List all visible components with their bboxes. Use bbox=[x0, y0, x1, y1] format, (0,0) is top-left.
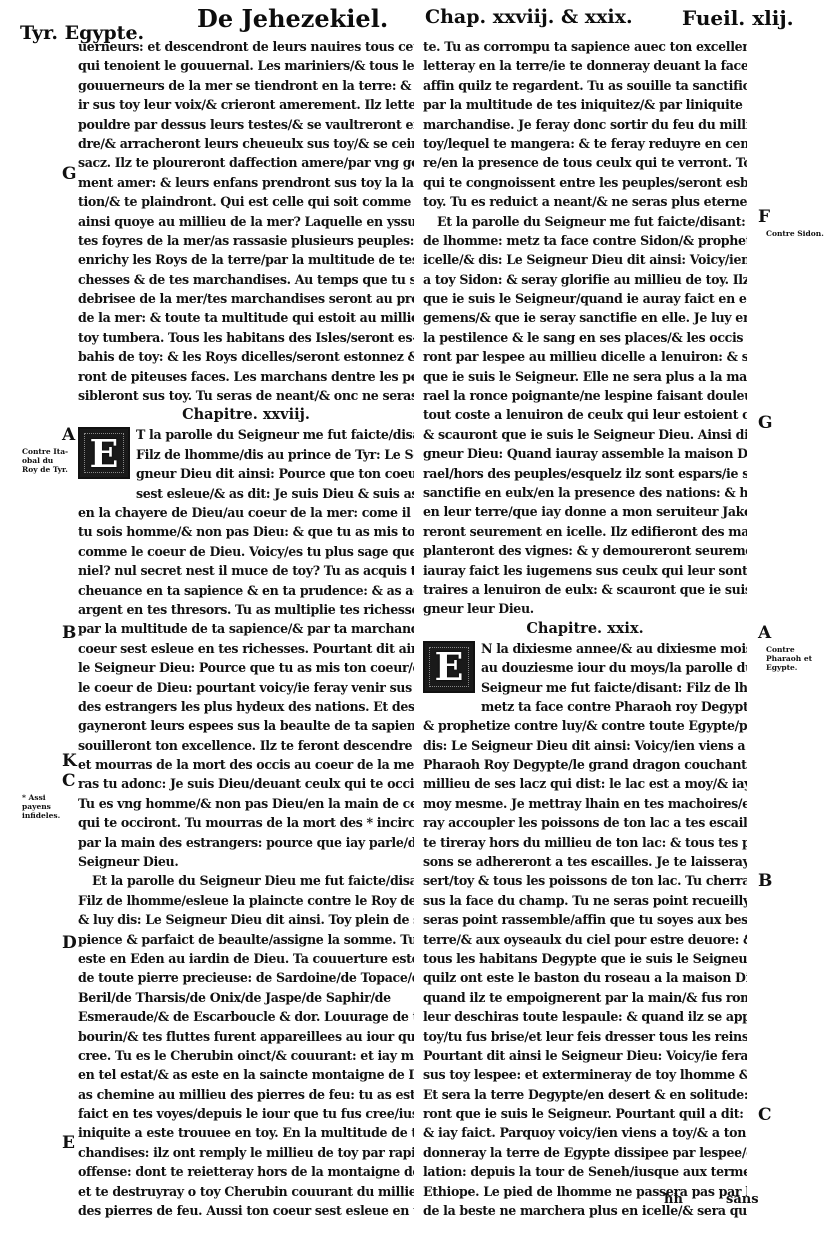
text-line: terre/& aux oyseaulx du ciel pour estre … bbox=[423, 930, 747, 949]
text-line: toy. Tu es reduict a neant/& ne seras pl… bbox=[423, 192, 747, 211]
text-line: sest esleue/& as dit: Je suis Dieu & sui… bbox=[78, 484, 414, 503]
text-line: Et sera la terre Degypte/en desert & en … bbox=[423, 1085, 747, 1104]
margin-section-letter: F bbox=[758, 207, 770, 227]
text-line: tes foyres de la mer/as rassasie plusieu… bbox=[78, 231, 414, 250]
text-line: rael la ronce poignante/ne lespine faisa… bbox=[423, 386, 747, 405]
text-line: dre/& arracheront leurs cheueulx sus toy… bbox=[78, 134, 414, 153]
margin-section-letter: A bbox=[62, 425, 75, 445]
text-line: re/en la presence de tous ceulx qui te v… bbox=[423, 153, 747, 172]
ornamental-initial: E bbox=[78, 427, 130, 479]
text-line: des pierres de feu. Aussi ton coeur sest… bbox=[78, 1201, 414, 1220]
text-line: ainsi quoye au millieu de la mer? Laquel… bbox=[78, 212, 414, 231]
text-line: moy mesme. Je mettray lhain en tes macho… bbox=[423, 794, 747, 813]
catchword: sans bbox=[726, 1192, 759, 1207]
text-line: par la multitude de tes iniquitez/& par … bbox=[423, 95, 747, 114]
text-line: offense: dont te reietteray hors de la m… bbox=[78, 1162, 414, 1181]
ornamental-initial: E bbox=[423, 641, 475, 693]
text-line: cheuance en ta sapience & en ta prudence… bbox=[78, 581, 414, 600]
signature-mark: hh bbox=[664, 1192, 683, 1207]
text-line: dis: Le Seigneur Dieu dit ainsi: Voicy/i… bbox=[423, 736, 747, 755]
margin-gloss: * Assi payens infideles. bbox=[22, 793, 70, 820]
text-line: te. Tu as corrompu ta sapience auec ton … bbox=[423, 37, 747, 56]
text-line: quand ilz te empoignerent par la main/& … bbox=[423, 988, 747, 1007]
text-line: sanctifie en eulx/en la presence des nat… bbox=[423, 483, 747, 502]
text-line: des estrangers les plus hydeux des natio… bbox=[78, 697, 414, 716]
text-line: as chemine au millieu des pierres de feu… bbox=[78, 1085, 414, 1104]
text-line: metz ta face contre Pharaoh roy Degypte: bbox=[423, 697, 747, 716]
text-line: comme le coeur de Dieu. Voicy/es tu plus… bbox=[78, 542, 414, 561]
text-line: gayneront leurs espees sus la beaulte de… bbox=[78, 716, 414, 735]
text-line: Tu es vng homme/& non pas Dieu/en la mai… bbox=[78, 794, 414, 813]
text-line: ront par lespee au millieu dicelle a len… bbox=[423, 347, 747, 366]
margin-gloss: Contre Pharaoh et Egypte. bbox=[766, 645, 826, 672]
margin-gloss: Contre Ita-obal du Roy de Tyr. bbox=[22, 447, 70, 474]
text-line: chandises: ilz ont remply le millieu de … bbox=[78, 1143, 414, 1162]
text-line: letteray en la terre/ie te donneray deua… bbox=[423, 56, 747, 75]
text-line: sons se adhereront a tes escailles. Je t… bbox=[423, 852, 747, 871]
left-bottom-paragraph: Et la parolle du Seigneur Dieu me fut fa… bbox=[78, 871, 414, 1220]
text-line: argent en tes thresors. Tu as multiplie … bbox=[78, 600, 414, 619]
text-line: gemens/& que ie seray sanctifie en elle.… bbox=[423, 308, 747, 327]
text-line: gneur leur Dieu. bbox=[423, 599, 747, 618]
text-line: Ethiope. Le pied de lhomme ne passera pa… bbox=[423, 1182, 747, 1201]
text-line: qui te occiront. Tu mourras de la mort d… bbox=[78, 813, 414, 832]
text-line: et mourras de la mort des occis au coeur… bbox=[78, 755, 414, 774]
text-line: leur deschiras toute lespaule: & quand i… bbox=[423, 1007, 747, 1026]
text-line: toy tumbera. Tous les habitans des Isles… bbox=[78, 328, 414, 347]
book-title: De Jehezekiel. bbox=[197, 4, 388, 33]
left-top-paragraph: uerneurs: et descendront de leurs nauire… bbox=[78, 37, 414, 405]
text-line: sus toy lespee: et extermineray de toy l… bbox=[423, 1065, 747, 1084]
text-line: qui te congnoissent entre les peuples/se… bbox=[423, 173, 747, 192]
text-line: & scauront que ie suis le Seigneur Dieu.… bbox=[423, 425, 747, 444]
margin-section-letter: A bbox=[758, 623, 771, 643]
chapter-heading-28: Chapitre. xxviij. bbox=[78, 405, 414, 425]
text-line: bourin/& tes fluttes furent appareillees… bbox=[78, 1027, 414, 1046]
text-line: de la beste ne marchera plus en icelle/&… bbox=[423, 1201, 747, 1220]
text-line: Esmeraude/& de Escarboucle & dor. Louura… bbox=[78, 1007, 414, 1026]
text-line: ray accoupler les poissons de ton lac a … bbox=[423, 813, 747, 832]
chapter-29-opening: E N la dixiesme annee/& au dixiesme mois… bbox=[423, 639, 747, 1221]
text-line: souilleront ton excellence. Ilz te feron… bbox=[78, 736, 414, 755]
text-line: sus la face du champ. Tu ne seras point … bbox=[423, 891, 747, 910]
text-line: a toy Sidon: & seray glorifie au millieu… bbox=[423, 270, 747, 289]
text-line: toy/tu fus brise/et leur feis dresser to… bbox=[423, 1027, 747, 1046]
text-line: tu sois homme/& non pas Dieu: & que tu a… bbox=[78, 522, 414, 541]
text-line: gneur Dieu: Quand iauray assemble la mai… bbox=[423, 444, 747, 463]
text-line: icelle/& dis: Le Seigneur Dieu dit ainsi… bbox=[423, 250, 747, 269]
text-line: Pourtant dit ainsi le Seigneur Dieu: Voi… bbox=[423, 1046, 747, 1065]
text-line: tout coste a lenuiron de ceulx qui leur … bbox=[423, 405, 747, 424]
text-line: Beril/de Tharsis/de Onix/de Jaspe/de Sap… bbox=[78, 988, 414, 1007]
text-line: quilz ont este le baston du roseau a la … bbox=[423, 968, 747, 987]
text-line: millieu de ses lacz qui dist: le lac est… bbox=[423, 774, 747, 793]
text-line: le Seigneur Dieu: Pource que tu as mis t… bbox=[78, 658, 414, 677]
text-line: debrisee de la mer/tes marchandises sero… bbox=[78, 289, 414, 308]
text-line: pience & parfaict de beaulte/assigne la … bbox=[78, 930, 414, 949]
text-line: este en Eden au iardin de Dieu. Ta couue… bbox=[78, 949, 414, 968]
text-line: marchandise. Je feray donc sortir du feu… bbox=[423, 115, 747, 134]
text-line: seras point rassemble/affin que tu soyes… bbox=[423, 910, 747, 929]
text-line: que ie suis le Seigneur/quand ie auray f… bbox=[423, 289, 747, 308]
text-line: planteront des vignes: & y demoureront s… bbox=[423, 541, 747, 560]
text-line: bahis de toy: & les Roys dicelles/seront… bbox=[78, 347, 414, 366]
text-line: Seigneur Dieu. bbox=[78, 852, 414, 871]
text-line: coeur sest esleue en tes richesses. Pour… bbox=[78, 639, 414, 658]
text-line: iauray faict les iugemens sus ceulx qui … bbox=[423, 561, 747, 580]
text-line: cree. Tu es le Cherubin oinct/& couurant… bbox=[78, 1046, 414, 1065]
text-line: ir sus toy leur voix/& crieront ameremen… bbox=[78, 95, 414, 114]
margin-section-letter: D bbox=[62, 933, 77, 953]
text-line: rael/hors des peuples/esquelz ilz sont e… bbox=[423, 464, 747, 483]
text-line: de la mer: & toute ta multitude qui esto… bbox=[78, 308, 414, 327]
text-line: sibleront sus toy. Tu seras de neant/& o… bbox=[78, 386, 414, 405]
text-line: lation: depuis la tour de Seneh/iusque a… bbox=[423, 1162, 747, 1181]
text-line: Pharaoh Roy Degypte/le grand dragon couc… bbox=[423, 755, 747, 774]
left-column: uerneurs: et descendront de leurs nauire… bbox=[78, 37, 414, 1220]
text-line: faict en tes voyes/depuis le iour que tu… bbox=[78, 1104, 414, 1123]
folio-number: Fueil. xlij. bbox=[682, 6, 794, 30]
text-line: en la chayere de Dieu/au coeur de la mer… bbox=[78, 503, 414, 522]
text-line: le coeur de Dieu: pourtant voicy/ie fera… bbox=[78, 678, 414, 697]
text-line: la pestilence & le sang en ses places/& … bbox=[423, 328, 747, 347]
text-line: traires a lenuiron de eulx: & scauront q… bbox=[423, 580, 747, 599]
margin-section-letter: C bbox=[62, 771, 76, 791]
text-line: que ie suis le Seigneur. Elle ne sera pl… bbox=[423, 367, 747, 386]
text-line: & luy dis: Le Seigneur Dieu dit ainsi. T… bbox=[78, 910, 414, 929]
text-line: reront seurement en icelle. Ilz edifiero… bbox=[423, 522, 747, 541]
text-line: toy/lequel te mangera: & te feray reduyr… bbox=[423, 134, 747, 153]
text-line: en tel estat/& as este en la saincte mon… bbox=[78, 1065, 414, 1084]
text-line: tion/& te plaindront. Qui est celle qui … bbox=[78, 192, 414, 211]
right-middle-paragraph: Et la parolle du Seigneur me fut faicte/… bbox=[423, 212, 747, 619]
text-line: gouuerneurs de la mer se tiendront en la… bbox=[78, 76, 414, 95]
text-line: ras tu adonc: Je suis Dieu/deuant ceulx … bbox=[78, 774, 414, 793]
text-line: de lhomme: metz ta face contre Sidon/& p… bbox=[423, 231, 747, 250]
margin-section-letter: B bbox=[758, 871, 772, 891]
text-line: ment amer: & leurs enfans prendront sus … bbox=[78, 173, 414, 192]
text-line: donneray la terre de Egypte dissipee par… bbox=[423, 1143, 747, 1162]
text-line: qui tenoient le gouuernal. Les mariniers… bbox=[78, 56, 414, 75]
margin-section-letter: B bbox=[62, 623, 76, 643]
margin-section-letter: K bbox=[62, 751, 77, 771]
text-line: ront de piteuses faces. Les marchans den… bbox=[78, 367, 414, 386]
text-line: iniquite a este trouuee en toy. En la mu… bbox=[78, 1123, 414, 1142]
right-column: te. Tu as corrompu ta sapience auec ton … bbox=[423, 37, 747, 1220]
chapter-range: Chap. xxviij. & xxix. bbox=[425, 6, 633, 28]
text-line: ront que ie suis le Seigneur. Pourtant q… bbox=[423, 1104, 747, 1123]
margin-section-letter: G bbox=[758, 413, 773, 433]
text-line: niel? nul secret nest il muce de toy? Tu… bbox=[78, 561, 414, 580]
chapter-28-opening: E T la parolle du Seigneur me fut faicte… bbox=[78, 425, 414, 871]
margin-section-letter: C bbox=[758, 1105, 772, 1125]
text-line: pouldre par dessus leurs testes/& se vau… bbox=[78, 115, 414, 134]
text-line: par la main des estrangers: pource que i… bbox=[78, 833, 414, 852]
margin-section-letter: G bbox=[62, 164, 77, 184]
text-line: de toute pierre precieuse: de Sardoine/d… bbox=[78, 968, 414, 987]
text-line: en leur terre/que iay donne a mon seruit… bbox=[423, 502, 747, 521]
text-line: tous les habitans Degypte que ie suis le… bbox=[423, 949, 747, 968]
text-line: sert/toy & tous les poissons de ton lac.… bbox=[423, 871, 747, 890]
text-line: & iay faict. Parquoy voicy/ien viens a t… bbox=[423, 1123, 747, 1142]
text-line: Et la parolle du Seigneur me fut faicte/… bbox=[423, 212, 747, 231]
right-top-paragraph: te. Tu as corrompu ta sapience auec ton … bbox=[423, 37, 747, 212]
chapter-heading-29: Chapitre. xxix. bbox=[423, 619, 747, 639]
text-line: par la multitude de ta sapience/& par ta… bbox=[78, 619, 414, 638]
margin-gloss: Contre Sidon. bbox=[766, 229, 826, 238]
text-line: Filz de lhomme/esleue la plaincte contre… bbox=[78, 891, 414, 910]
text-line: Et la parolle du Seigneur Dieu me fut fa… bbox=[78, 871, 414, 890]
book-page: Tyr. Egypte. De Jehezekiel. Chap. xxviij… bbox=[0, 0, 826, 1233]
text-line: affin quilz te regardent. Tu as souille … bbox=[423, 76, 747, 95]
text-line: chesses & de tes marchandises. Au temps … bbox=[78, 270, 414, 289]
text-line: uerneurs: et descendront de leurs nauire… bbox=[78, 37, 414, 56]
text-line: & prophetize contre luy/& contre toute E… bbox=[423, 716, 747, 735]
text-line: et te destruyray o toy Cherubin couurant… bbox=[78, 1182, 414, 1201]
margin-section-letter: E bbox=[62, 1133, 75, 1153]
text-line: sacz. Ilz te ploureront daffection amere… bbox=[78, 153, 414, 172]
text-line: te tireray hors du millieu de ton lac: &… bbox=[423, 833, 747, 852]
text-line: enrichy les Roys de la terre/par la mult… bbox=[78, 250, 414, 269]
